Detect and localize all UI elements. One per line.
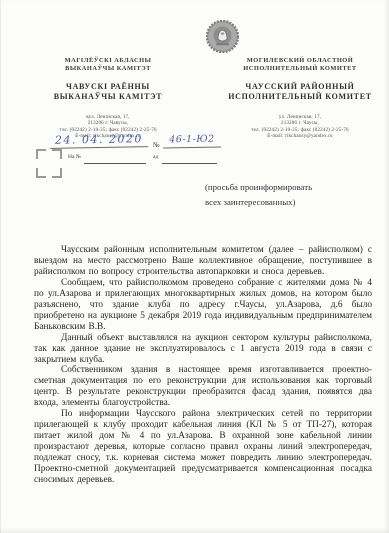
- org-line1: ЧАВУСКІ РАЁННЫ: [16, 82, 200, 92]
- parent-org-line1: МОГИЛЕВСКИЙ ОБЛАСТНОЙ: [216, 57, 384, 65]
- outgoing-number-handwritten: 46-1-Ю2: [163, 133, 221, 148]
- org-line1: ЧАУССКИЙ РАЙОННЫЙ: [216, 82, 384, 92]
- body-paragraph: Данный объект выставлялся на аукцион сек…: [34, 333, 372, 366]
- outgoing-date-handwritten: 24. 04. 2020: [50, 132, 148, 149]
- stamp-corner-box: [36, 149, 62, 178]
- reply-number-blank-line: [84, 163, 146, 164]
- corner-mark-icon: [36, 149, 46, 159]
- org-address-ru: ул. Ленинская, 17, 213206 г. Чаусы, тел.…: [216, 115, 384, 141]
- note-for-recipients: (просьба проинформировать всех заинтерес…: [205, 180, 381, 209]
- belarus-coat-of-arms-icon: [206, 20, 239, 53]
- parent-org-line1: МАГІЛЁЎСКІ АБЛАСНЫ: [16, 57, 200, 65]
- address-email: E-mail: rikchausy@yandex.ru: [216, 134, 384, 140]
- org-name-ru: ЧАУССКИЙ РАЙОННЫЙ ИСПОЛНИТЕЛЬНЫЙ КОМИТЕТ: [216, 82, 384, 102]
- body-paragraph: По информации Чаусского района электриче…: [34, 409, 372, 486]
- org-name-by: ЧАВУСКІ РАЁННЫ ВЫКАНАЎЧЫ КАМІТЭТ: [16, 82, 200, 102]
- parent-org-line2: ВЫКАНАЎЧЫ КАМІТЭТ: [16, 65, 200, 73]
- parent-org-name-by: МАГІЛЁЎСКІ АБЛАСНЫ ВЫКАНАЎЧЫ КАМІТЭТ: [16, 57, 200, 73]
- note-line1: (просьба проинформировать: [205, 180, 381, 195]
- note-line2: всех заинтересованных): [205, 195, 381, 210]
- corner-mark-icon: [52, 149, 62, 159]
- letter-body: Чаусским районным исполнительным комитет…: [34, 245, 372, 486]
- body-paragraph: Сообщаем, что райисполкомом проведено со…: [34, 278, 372, 333]
- reply-number-label: На №: [68, 154, 81, 160]
- org-line2: ВЫКАНАЎЧЫ КАМІТЭТ: [16, 92, 200, 102]
- org-line2: ИСПОЛНИТЕЛЬНЫЙ КОМИТЕТ: [216, 92, 384, 102]
- letterhead-right: МОГИЛЕВСКИЙ ОБЛАСТНОЙ ИСПОЛНИТЕЛЬНЫЙ КОМ…: [216, 57, 384, 141]
- body-paragraph: Чаусским районным исполнительным комитет…: [34, 245, 372, 278]
- parent-org-name-ru: МОГИЛЕВСКИЙ ОБЛАСТНОЙ ИСПОЛНИТЕЛЬНЫЙ КОМ…: [216, 57, 384, 73]
- corner-mark-icon: [52, 168, 62, 178]
- reply-date-label: ад: [153, 154, 158, 160]
- parent-org-line2: ИСПОЛНИТЕЛЬНЫЙ КОМИТЕТ: [216, 65, 384, 73]
- corner-mark-icon: [36, 168, 46, 178]
- body-paragraph: Собственником здания в настоящее время и…: [34, 365, 372, 409]
- scanned-letter-page: МАГІЛЁЎСКІ АБЛАСНЫ ВЫКАНАЎЧЫ КАМІТЭТ ЧАВ…: [0, 0, 389, 533]
- letterhead-left: МАГІЛЁЎСКІ АБЛАСНЫ ВЫКАНАЎЧЫ КАМІТЭТ ЧАВ…: [16, 57, 200, 141]
- reply-date-blank-line: [162, 163, 217, 164]
- number-sign: №: [153, 141, 160, 149]
